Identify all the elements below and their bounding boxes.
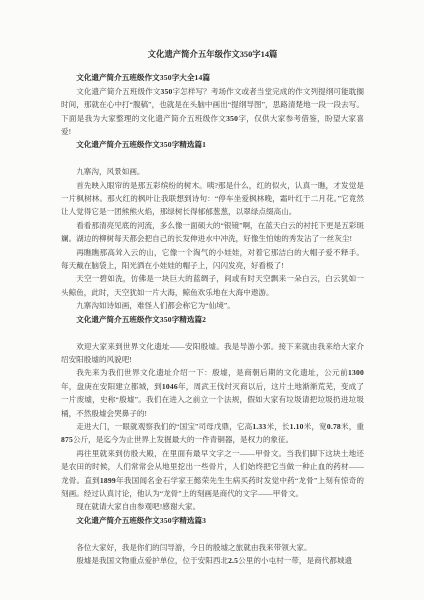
- number-text: 875: [61, 435, 73, 444]
- paragraph: 九寨沟，风景如画。: [61, 165, 364, 178]
- document-body: 文化遗产简介五班级作文350字大全14篇文化遗产简介五班级作文350字怎样写？考…: [61, 71, 364, 567]
- paragraph: 欢迎大家来到世界文化遗址——安阳殷墟。我是导游小郭。接下来就由我来给大家介绍安阳…: [61, 340, 364, 367]
- document-title: 文化遗产简介五年级作文350字14篇: [61, 48, 364, 61]
- document-page: 文化遗产简介五年级作文350字14篇 文化遗产简介五班级作文350字大全14篇文…: [0, 0, 424, 600]
- blank-line: [61, 326, 364, 339]
- paragraph: 看看那清亮见底的河流，多么像一面硕大的“银镜”啊，在蓝天白云的衬托下更是五彩斑斓…: [61, 219, 364, 246]
- paragraph: 现在就请大家自由参观吧!感谢大家。: [61, 500, 364, 513]
- paragraph: 文化遗产简介五班级作文350字怎样写？考场作文或者当堂完成的作文列提纲可能耽搁时…: [61, 85, 364, 139]
- paragraph: 殷墟是我国文物重点爱护单位，位于安阳西北2.5公里的小屯村一带，是商代都城遗: [61, 554, 364, 567]
- paragraph: 天空一碧如洗，仿佛是一块巨大的蓝绸子，间或有时天空飘来一朵白云，白云犹如一头鲸鱼…: [61, 272, 364, 299]
- section-heading: 文化遗产简介五班级作文350字精选篇2: [61, 313, 364, 326]
- number-text: 3: [202, 516, 206, 525]
- number-text: 1.33: [252, 422, 266, 431]
- paragraph: 再往里就来到仿殷大殿，在里面有最早文字之一——甲骨文。当我们脚下这块土地还是农田…: [61, 447, 364, 501]
- paragraph: 我先来为我们世界文化遗址介绍一下：殷墟，是商朝后期的文化遗址，公元前1300年，…: [61, 366, 364, 420]
- section-heading: 文化遗产简介五班级作文350字大全14篇: [61, 71, 364, 84]
- blank-line: [61, 527, 364, 540]
- section-heading: 文化遗产简介五班级作文350字精选篇1: [61, 138, 364, 151]
- blank-line: [61, 152, 364, 165]
- paragraph: 再瞧瞧那高耸入云的山，它像一个淘气的小娃娃，对着它那洁白的大帽子爱不释手。每天戴…: [61, 246, 364, 273]
- number-text: 2: [202, 315, 206, 324]
- number-text: 14: [195, 73, 203, 82]
- number-text: 1046: [162, 382, 178, 391]
- number-text: 1300: [348, 368, 364, 377]
- section-heading: 文化遗产简介五班级作文350字精选篇3: [61, 514, 364, 527]
- number-text: 350: [160, 315, 172, 324]
- paragraph: 首先映入眼帘的是那五彩缤纷的树木。咦?那是什么，红的似火，认真一瞧，才发觉是一片…: [61, 179, 364, 219]
- number-text: 350: [160, 516, 172, 525]
- paragraph: 走进大门，一眼就观察我们的“国宝”司母戊鼎，它高1.33米，长1.10米，宽0.…: [61, 420, 364, 447]
- number-text: 350: [226, 114, 238, 123]
- number-text: 1.10: [290, 422, 304, 431]
- paragraph: 各位大家好，我是你们的闫导游，今日的殷墟之旅就由我来带领大家。: [61, 541, 364, 554]
- number-text: 1: [202, 140, 206, 149]
- number-text: 350: [160, 73, 172, 82]
- paragraph: 九寨沟如诗如画，难怪人们都会称它为“仙境”。: [61, 299, 364, 312]
- number-text: 2.5: [228, 556, 238, 565]
- number-text: 350: [160, 140, 172, 149]
- number-text: 1899: [100, 476, 116, 485]
- number-text: 0.78: [327, 422, 341, 431]
- number-text: 350: [160, 87, 172, 96]
